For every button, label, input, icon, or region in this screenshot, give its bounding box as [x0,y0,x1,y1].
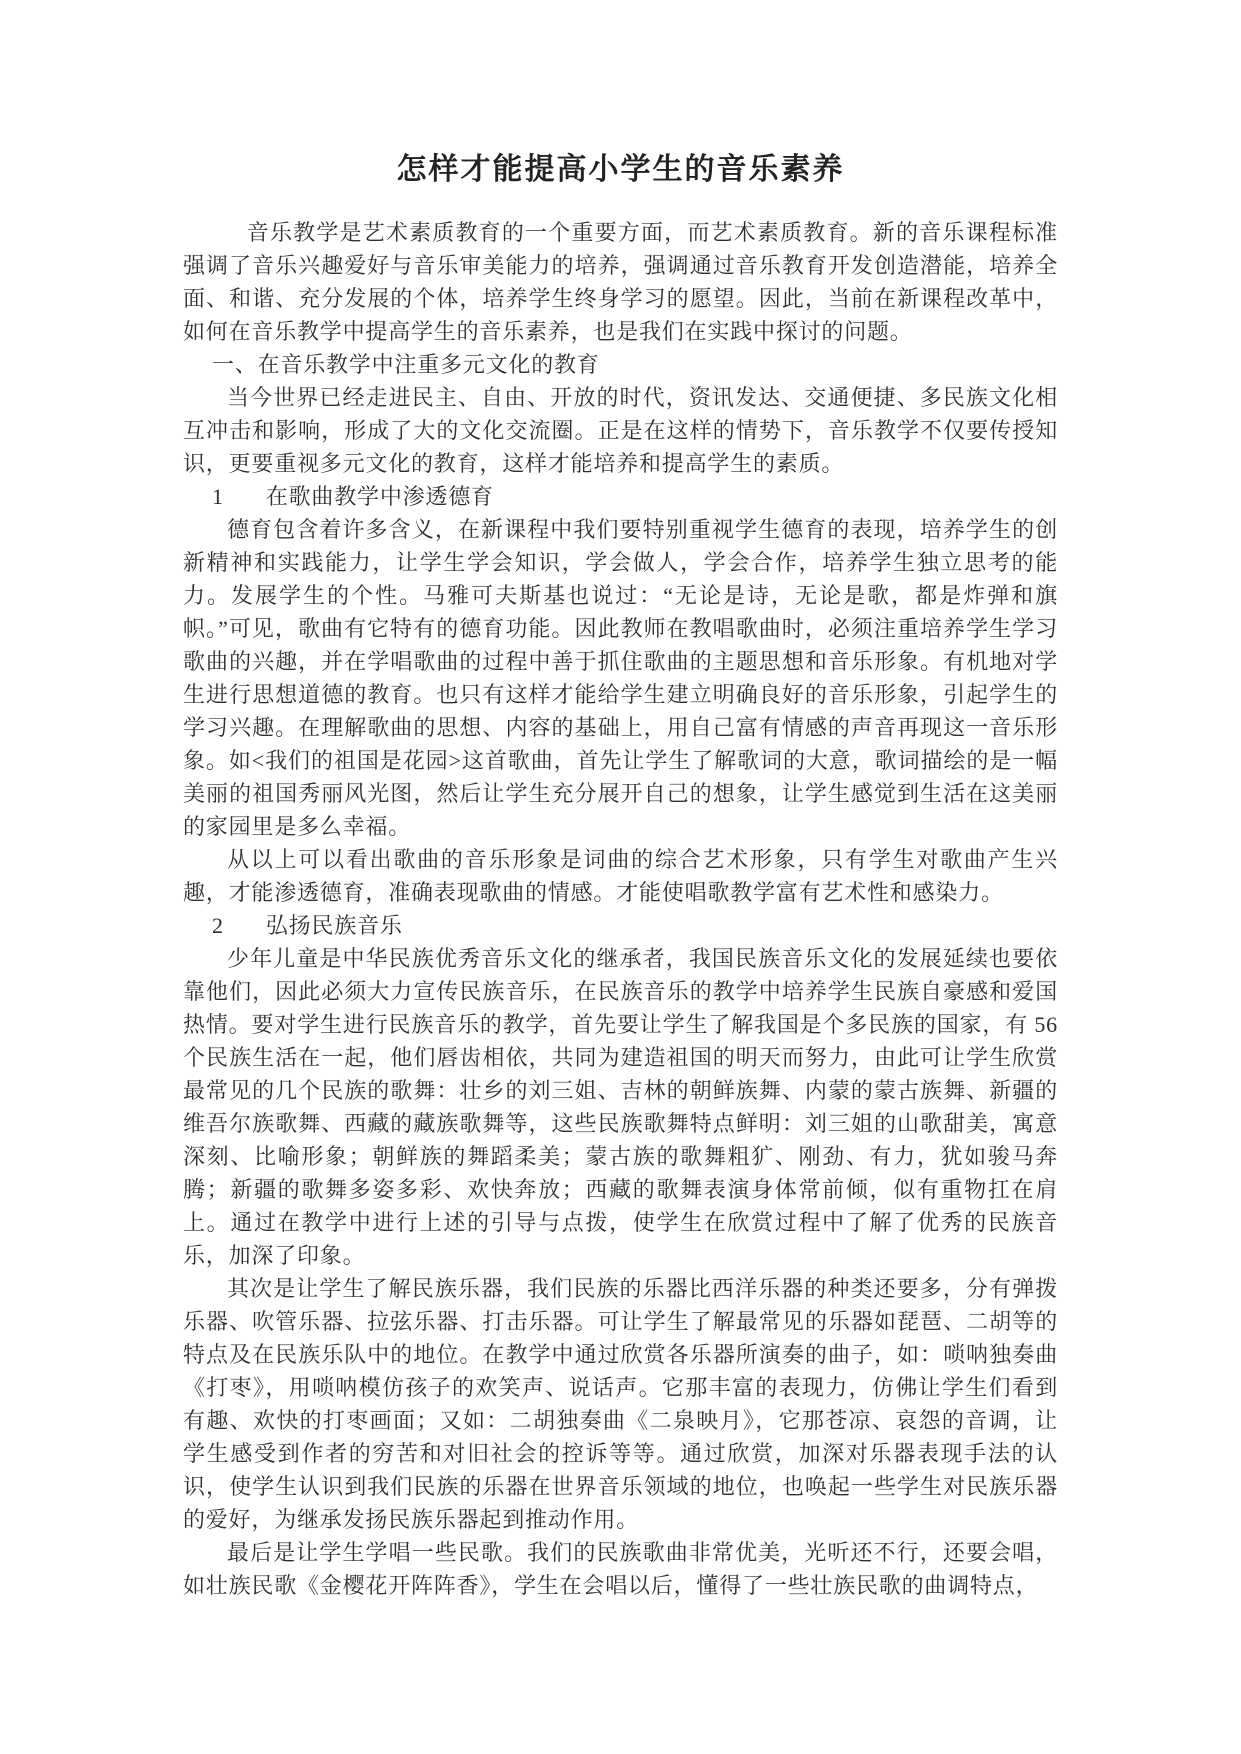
paragraph-folk-music: 少年儿童是中华民族优秀音乐文化的继承者，我国民族音乐文化的发展延续也要依靠他们，… [183,942,1058,1272]
paragraph-song-image: 从以上可以看出歌曲的音乐形象是词曲的综合艺术形象，只有学生对歌曲产生兴趣，才能渗… [183,843,1058,909]
document-page: 怎样才能提高小学生的音乐素养 音乐教学是艺术素质教育的一个重要方面，而艺术素质教… [0,0,1241,1754]
paragraph-folk-songs: 最后是让学生学唱一些民歌。我们的民族歌曲非常优美，光听还不行，还要会唱，如壮族民… [183,1536,1058,1602]
paragraph-multiculture: 当今世界已经走进民主、自由、开放的时代，资讯发达、交通便捷、多民族文化相互冲击和… [183,381,1058,480]
heading-number: 1 [212,484,224,509]
heading-number: 2 [212,913,224,938]
heading-text: 弘扬民族音乐 [266,913,403,938]
numbered-heading-1: 1在歌曲教学中渗透德育 [183,480,1058,513]
paragraph-folk-instruments: 其次是让学生了解民族乐器，我们民族的乐器比西洋乐器的种类还要多，分有弹拨乐器、吹… [183,1272,1058,1536]
document-title: 怎样才能提高小学生的音乐素养 [183,148,1058,192]
paragraph-intro: 音乐教学是艺术素质教育的一个重要方面，而艺术素质教育。新的音乐课程标准强调了音乐… [183,216,1058,348]
heading-text: 在歌曲教学中渗透德育 [266,484,494,509]
section-heading-1: 一、在音乐教学中注重多元文化的教育 [183,348,1058,381]
paragraph-moral-education: 德育包含着许多含义，在新课程中我们要特别重视学生德育的表现，培养学生的创新精神和… [183,513,1058,843]
numbered-heading-2: 2弘扬民族音乐 [183,909,1058,942]
